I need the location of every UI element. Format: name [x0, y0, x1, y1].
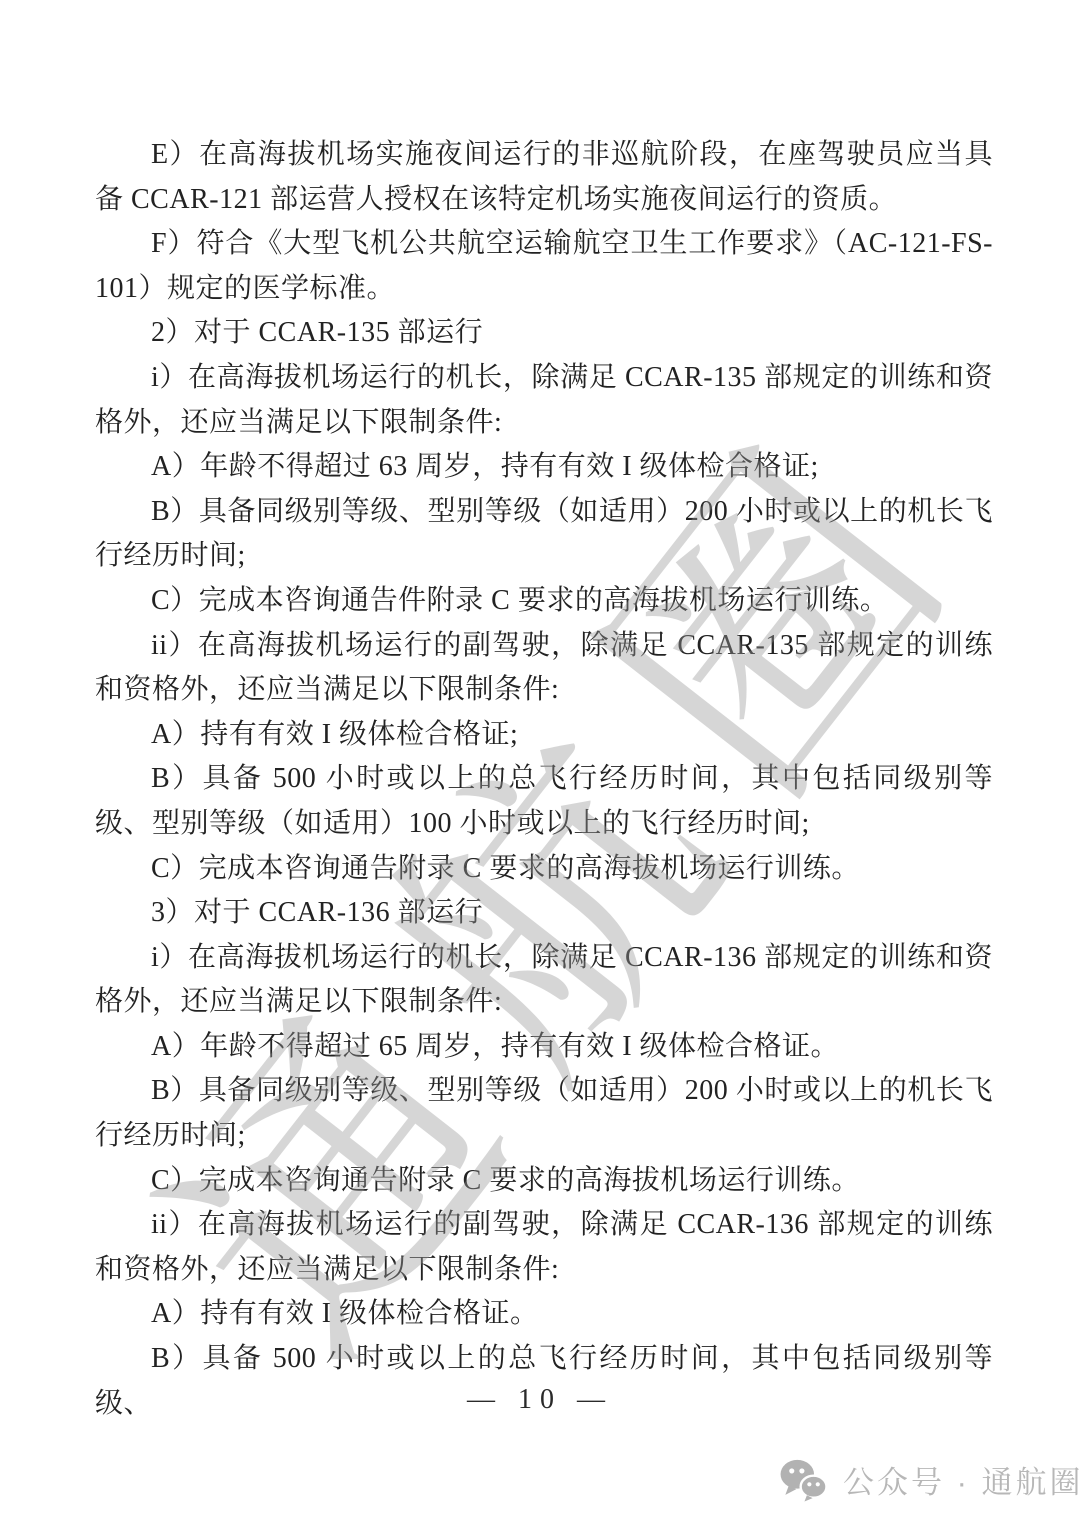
body-paragraph: C）完成本咨询通告附录 C 要求的高海拔机场运行训练。: [95, 1159, 993, 1204]
body-paragraph: B）具备同级别等级、型别等级（如适用）200 小时或以上的机长飞行经历时间;: [95, 490, 993, 579]
body-paragraph: E）在高海拔机场实施夜间运行的非巡航阶段，在座驾驶员应当具备 CCAR-121 …: [95, 133, 993, 222]
document-body: E）在高海拔机场实施夜间运行的非巡航阶段，在座驾驶员应当具备 CCAR-121 …: [95, 133, 993, 1426]
body-paragraph: A）年龄不得超过 63 周岁，持有有效 I 级体检合格证;: [95, 445, 993, 490]
body-paragraph: i）在高海拔机场运行的机长，除满足 CCAR-135 部规定的训练和资格外，还应…: [95, 356, 993, 445]
body-paragraph: 3）对于 CCAR-136 部运行: [95, 891, 993, 936]
body-paragraph: A）持有有效 I 级体检合格证。: [95, 1292, 993, 1337]
brand-footer: 公众号 · 通航圈: [779, 1457, 1080, 1502]
body-paragraph: C）完成本咨询通告件附录 C 要求的高海拔机场运行训练。: [95, 579, 993, 624]
scanned-document-page: E）在高海拔机场实施夜间运行的非巡航阶段，在座驾驶员应当具备 CCAR-121 …: [0, 0, 1080, 1527]
body-paragraph: i）在高海拔机场运行的机长，除满足 CCAR-136 部规定的训练和资格外，还应…: [95, 936, 993, 1025]
body-paragraph: C）完成本咨询通告附录 C 要求的高海拔机场运行训练。: [95, 847, 993, 892]
body-paragraph: 2）对于 CCAR-135 部运行: [95, 311, 993, 356]
page-number: — 10 —: [0, 1383, 1080, 1417]
wechat-icon: [779, 1458, 829, 1502]
body-paragraph: F）符合《大型飞机公共航空运输航空卫生工作要求》（AC-121-FS-101）规…: [95, 222, 993, 311]
body-paragraph: B）具备 500 小时或以上的总飞行经历时间，其中包括同级别等级、型别等级（如适…: [95, 757, 993, 846]
body-paragraph: A）持有有效 I 级体检合格证;: [95, 713, 993, 758]
body-paragraph: ii）在高海拔机场运行的副驾驶，除满足 CCAR-136 部规定的训练和资格外，…: [95, 1203, 993, 1292]
body-paragraph: A）年龄不得超过 65 周岁，持有有效 I 级体检合格证。: [95, 1025, 993, 1070]
brand-label: 公众号 · 通航圈: [843, 1457, 1080, 1502]
body-paragraph: B）具备同级别等级、型别等级（如适用）200 小时或以上的机长飞行经历时间;: [95, 1069, 993, 1158]
body-paragraph: ii）在高海拔机场运行的副驾驶，除满足 CCAR-135 部规定的训练和资格外，…: [95, 624, 993, 713]
